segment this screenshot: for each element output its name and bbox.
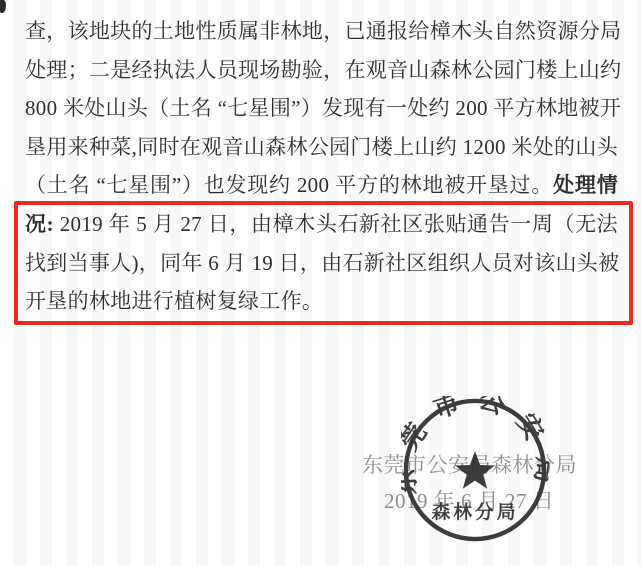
seal-arc-text: 东莞市公安局 [401,396,549,499]
line-text: 开垦的林地进行植树复绿工作。 [25,289,323,313]
text-line-3: 800 米处山头（土名 “七星围”）发现有一处约 200 平方林地被开 [25,89,618,128]
official-seal: 东莞市公安局 森林分局 [401,396,549,544]
seal-bottom-text: 森林分局 [432,501,519,523]
line-text: 2019 年 5 月 27 日，由樟木头石新社区张贴通告一周（无法 [60,212,618,236]
bold-text: 处理情 [553,173,618,197]
line-text: 处理；二是经执法人员现场勘验，在观音山森林公园门楼上山约 [25,58,621,82]
text-line-4: 垦用来种菜,同时在观音山森林公园门楼上山约 1200 米处的山头 [25,128,618,167]
text-line-8: 开垦的林地进行植树复绿工作。 [25,282,618,321]
star-icon [455,451,494,488]
bold-text: 况: [25,212,60,236]
scan-artifact-mark [0,0,6,13]
text-line-5: （土名 “七星围”）也发现约 200 平方的林地被开垦过。处理情 [25,166,618,205]
document-text: 查，该地块的土地性质属非林地，已通报给樟木头自然资源分局 处理；二是经执法人员现… [25,12,618,321]
line-text: 800 米处山头（土名 “七星围”）发现有一处约 200 平方林地被开 [25,96,621,120]
line-text: （土名 “七星围”）也发现约 200 平方的林地被开垦过。 [25,173,553,197]
line-text: 找到当事人)，同年 6 月 19 日，由石新社区组织人员对该山头被 [25,251,619,275]
text-line-1: 查，该地块的土地性质属非林地，已通报给樟木头自然资源分局 [25,12,618,51]
scanned-document-page: 查，该地块的土地性质属非林地，已通报给樟木头自然资源分局 处理；二是经执法人员现… [0,0,641,566]
line-text: 查，该地块的土地性质属非林地，已通报给樟木头自然资源分局 [25,19,621,43]
text-line-2: 处理；二是经执法人员现场勘验，在观音山森林公园门楼上山约 [25,51,618,90]
line-text: 垦用来种菜,同时在观音山森林公园门楼上山约 1200 米处的山头 [25,135,618,159]
text-line-6: 况: 2019 年 5 月 27 日，由樟木头石新社区张贴通告一周（无法 [25,205,618,244]
text-line-7: 找到当事人)，同年 6 月 19 日，由石新社区组织人员对该山头被 [25,244,618,283]
